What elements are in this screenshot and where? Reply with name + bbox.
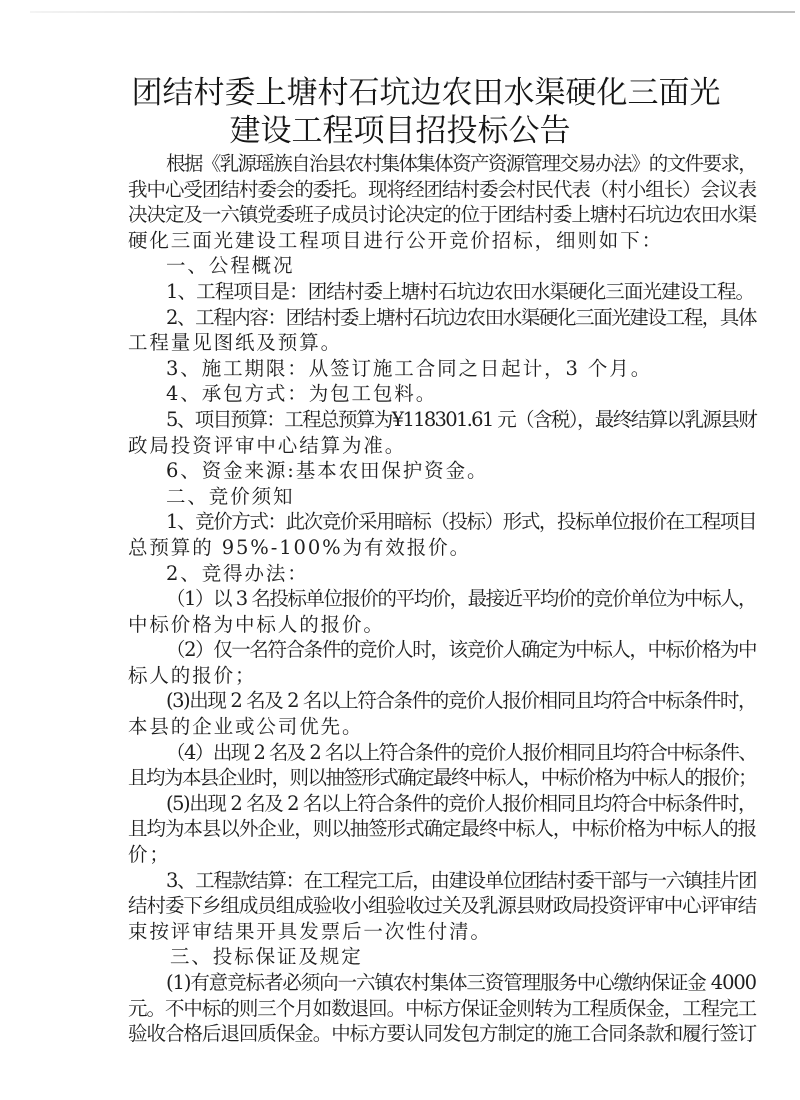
document-line: 一、公程概况 (128, 253, 756, 279)
document-line: 4、承包方式：为包工包料。 (128, 381, 756, 407)
document-line: 3、工程款结算：在工程完工后，由建设单位团结村委干部与一六镇挂片团 (128, 868, 756, 894)
document-line: (1)有意竞标者必须向一六镇农村集体三资管理服务中心缴纳保证金 4000 (128, 970, 756, 996)
document-line: 束按评审结果开具发票后一次性付清。 (128, 919, 756, 945)
document-line: 标人的报价； (128, 663, 756, 689)
document-line: 验收合格后退回质保金。中标方要认同发包方制定的施工合同条款和履行签订 (128, 1021, 756, 1047)
document-line: 二、竞价须知 (128, 484, 756, 510)
document-line: 根据《乳源瑶族自治县农村集体集体资产资源管理交易办法》的文件要求， (128, 151, 756, 177)
document-line: 中标价格为中标人的报价。 (128, 612, 756, 638)
document-line: 政局投资评审中心结算为准。 (128, 433, 756, 459)
document-line: 价； (128, 842, 756, 868)
document-line: 1、工程项目是：团结村委上塘村石坑边农田水渠硬化三面光建设工程。 (128, 279, 756, 305)
document-line: 结村委下乡组成员组成验收小组验收过关及乳源县财政局投资评审中心评审结 (128, 893, 756, 919)
document-line: (5)出现 2 名及 2 名以上符合条件的竞价人报价相同且均符合中标条件时， (128, 791, 756, 817)
document-line: 5、项目预算：工程总预算为¥118301.61 元（含税），最终结算以乳源县财 (128, 407, 756, 433)
document-line: 我中心受团结村委会的委托。现将经团结村委会村民代表（村小组长）会议表 (128, 177, 756, 203)
document-line: 2、工程内容：团结村委上塘村石坑边农田水渠硬化三面光建设工程，具体 (128, 305, 756, 331)
document-line: 工程量见图纸及预算。 (128, 330, 756, 356)
document-line: 1、竞价方式：此次竞价采用暗标（投标）形式，投标单位报价在工程项目 (128, 509, 756, 535)
document-line: 总预算的 95%-100%为有效报价。 (128, 535, 756, 561)
document-line: （2）仅一名符合条件的竞价人时，该竞价人确定为中标人，中标价格为中 (128, 637, 756, 663)
document-line: (3)出现 2 名及 2 名以上符合条件的竞价人报价相同且均符合中标条件时， (128, 688, 756, 714)
document-line: 决决定及一六镇党委班子成员讨论决定的位于团结村委上塘村石坑边农田水渠 (128, 202, 756, 228)
document-line: 硬化三面光建设工程项目进行公开竞价招标，细则如下： (128, 228, 756, 254)
document-title-line-1: 团结村委上塘村石坑边农田水渠硬化三面光 (26, 74, 800, 112)
document-line: 2、竞得办法： (128, 561, 756, 587)
document-line: 3、施工期限：从签订施工合同之日起计，3 个月。 (128, 356, 756, 382)
document-line: 且均为本县以外企业，则以抽签形式确定最终中标人，中标价格为中标人的报 (128, 816, 756, 842)
document-body: 根据《乳源瑶族自治县农村集体集体资产资源管理交易办法》的文件要求，我中心受团结村… (128, 151, 756, 1047)
document-line: （4）出现 2 名及 2 名以上符合条件的竞价人报价相同且均符合中标条件、 (128, 740, 756, 766)
scan-artifact-line (30, 11, 795, 13)
document-line: 6、资金来源:基本农田保护资金。 (128, 458, 756, 484)
document-line: 三、投标保证及规定 (128, 944, 756, 970)
document-title-line-2: 建设工程项目招投标公告 (0, 112, 800, 150)
document-line: 元。不中标的则三个月如数退回。中标方保证金则转为工程质保金，工程完工 (128, 996, 756, 1022)
document-line: （1）以 3 名投标单位报价的平均价，最接近平均价的竞价单位为中标人， (128, 586, 756, 612)
document-line: 且均为本县企业时，则以抽签形式确定最终中标人，中标价格为中标人的报价； (128, 765, 756, 791)
document-line: 本县的企业或公司优先。 (128, 714, 756, 740)
